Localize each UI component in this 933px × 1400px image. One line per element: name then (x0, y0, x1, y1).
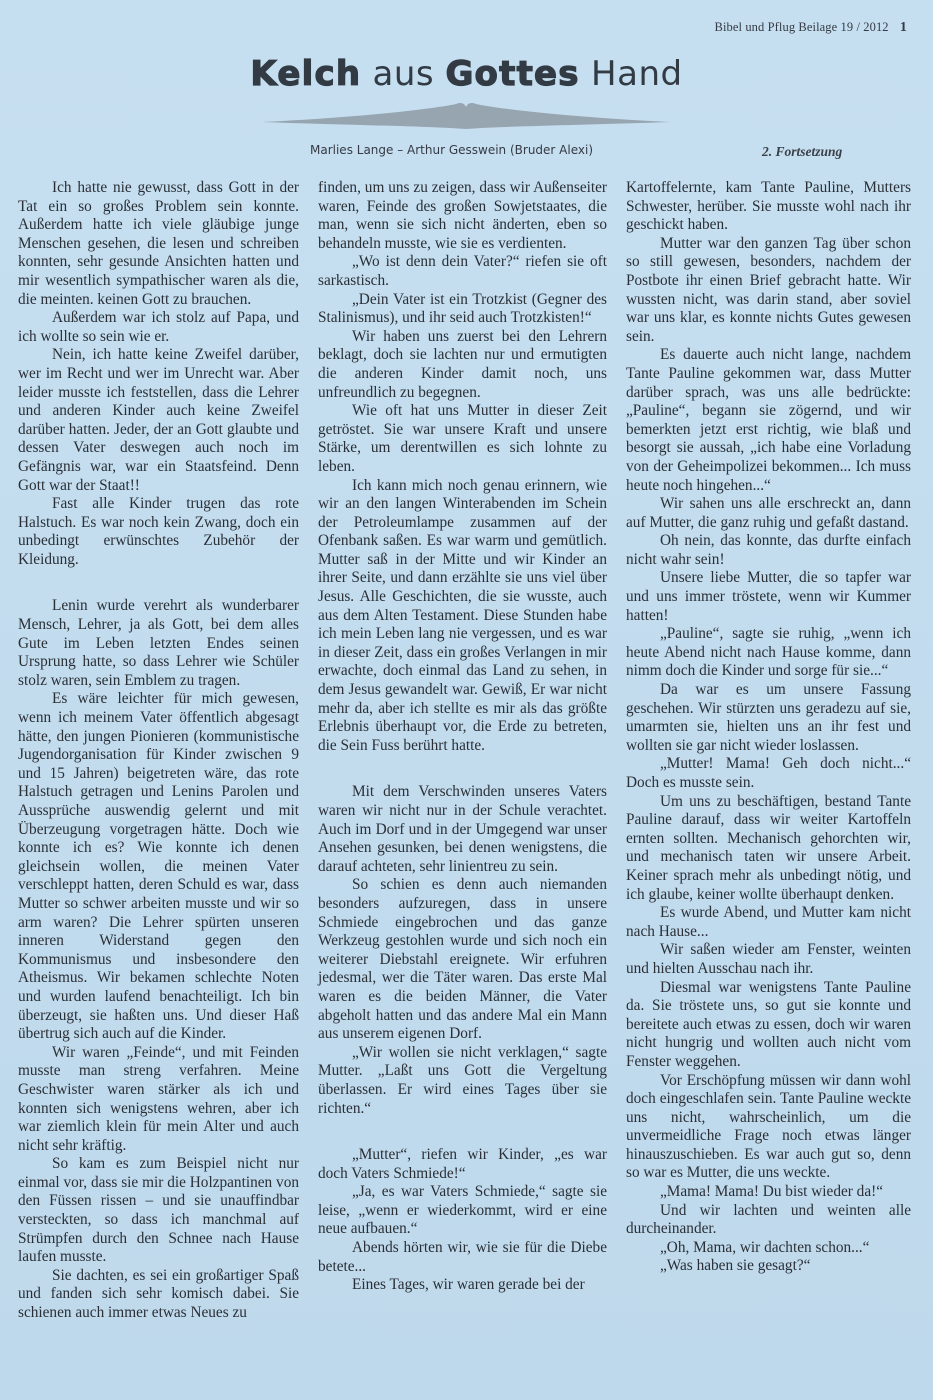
paragraph: „Wir wollen sie nicht verklagen,“ sagte … (318, 1044, 607, 1118)
paragraph: „Oh, Mama, wir dachten schon...“ (626, 1239, 911, 1258)
column-middle: finden, um uns zu zeigen, dass wir Außen… (318, 179, 607, 1295)
continuation-label: 2. Fortsetzung (762, 144, 842, 160)
paragraph: Vor Erschöpfung müssen wir dann wohl doc… (626, 1072, 911, 1184)
paragraph: Eines Tages, wir waren gerade bei der (318, 1276, 607, 1295)
decorative-swoosh-icon (258, 98, 674, 132)
paragraph: Diesmal war wenigstens Tante Pauline da.… (626, 979, 911, 1072)
paragraph: Kartoffelernte, kam Tante Pauline, Mutte… (626, 179, 911, 235)
paragraph: Es wurde Abend, und Mutter kam nicht nac… (626, 904, 911, 941)
paragraph: Es wäre leichter für mich gewesen, wenn … (18, 690, 299, 1043)
column-right: Kartoffelernte, kam Tante Pauline, Mutte… (626, 179, 911, 1276)
paragraph: Ich kann mich noch genau erinnern, wie w… (318, 477, 607, 756)
paragraph: Wir saßen wieder am Fenster, weinten und… (626, 941, 911, 978)
paragraph: Außerdem war ich stolz auf Papa, und ich… (18, 309, 299, 346)
paragraph: Wir sahen uns alle erschreckt an, dann a… (626, 495, 911, 532)
article-title: Kelch aus Gottes Hand (0, 54, 933, 94)
paragraph: „Dein Vater ist ein Trotzkist (Gegner de… (318, 291, 607, 328)
title-word-hand: Hand (580, 54, 683, 94)
paragraph: Fast alle Kinder trugen das rote Halstuc… (18, 495, 299, 569)
paragraph: „Mama! Mama! Du bist wieder da!“ (626, 1183, 911, 1202)
byline: Marlies Lange – Arthur Gesswein (Bruder … (310, 143, 593, 157)
paragraph: „Wo ist denn dein Vater?“ riefen sie oft… (318, 253, 607, 290)
paragraph: Nein, ich hatte keine Zweifel darüber, w… (18, 346, 299, 495)
paragraph: finden, um uns zu zeigen, dass wir Außen… (318, 179, 607, 253)
paragraph: Abends hörten wir, wie sie für die Diebe… (318, 1239, 607, 1276)
paragraph: Lenin wurde verehrt als wunderbarer Mens… (18, 597, 299, 690)
paragraph: „Pauline“, sagte sie ruhig, „wenn ich he… (626, 625, 911, 681)
paragraph: Sie dachten, es sei ein großartiger Spaß… (18, 1267, 299, 1323)
paragraph: Wir haben uns zuerst bei den Lehrern bek… (318, 328, 607, 402)
paragraph: „Mutter! Mama! Geh doch nicht...“ Doch e… (626, 755, 911, 792)
paragraph: Ich hatte nie gewusst, dass Gott in der … (18, 179, 299, 309)
paragraph: „Was haben sie gesagt?“ (626, 1257, 911, 1276)
paragraph: Um uns zu beschäftigen, bestand Tante Pa… (626, 793, 911, 905)
paragraph: Und wir lachten und weinten alle durchei… (626, 1202, 911, 1239)
paragraph: Oh nein, das konnte, das durfte einfach … (626, 532, 911, 569)
paragraph: „Mutter“, riefen wir Kinder, „es war doc… (318, 1146, 607, 1183)
page-number: 1 (900, 20, 907, 35)
paragraph: So kam es zum Beispiel nicht nur einmal … (18, 1155, 299, 1267)
column-left: Ich hatte nie gewusst, dass Gott in der … (18, 179, 299, 1323)
paragraph: Mutter war den ganzen Tag über schon so … (626, 235, 911, 347)
paragraph: Unsere liebe Mutter, die so tapfer war u… (626, 569, 911, 625)
title-word-kelch: Kelch (250, 54, 361, 94)
page-header: Bibel und Pflug Beilage 19 / 2012 1 (715, 20, 907, 36)
paragraph: „Ja, es war Vaters Schmiede,“ sagte sie … (318, 1183, 607, 1239)
publication-name: Bibel und Pflug Beilage 19 / 2012 (715, 20, 889, 34)
paragraph: Da war es um unsere Fassung geschehen. W… (626, 681, 911, 755)
paragraph: Mit dem Verschwinden unseres Vaters ware… (318, 783, 607, 876)
title-word-gottes: Gottes (445, 54, 579, 94)
paragraph: Wir waren „Feinde“, und mit Feinden muss… (18, 1044, 299, 1156)
title-word-aus: aus (361, 54, 445, 94)
paragraph: Es dauerte auch nicht lange, nachdem Tan… (626, 346, 911, 495)
paragraph: Wie oft hat uns Mutter in dieser Zeit ge… (318, 402, 607, 476)
paragraph: So schien es denn auch niemanden besonde… (318, 876, 607, 1043)
